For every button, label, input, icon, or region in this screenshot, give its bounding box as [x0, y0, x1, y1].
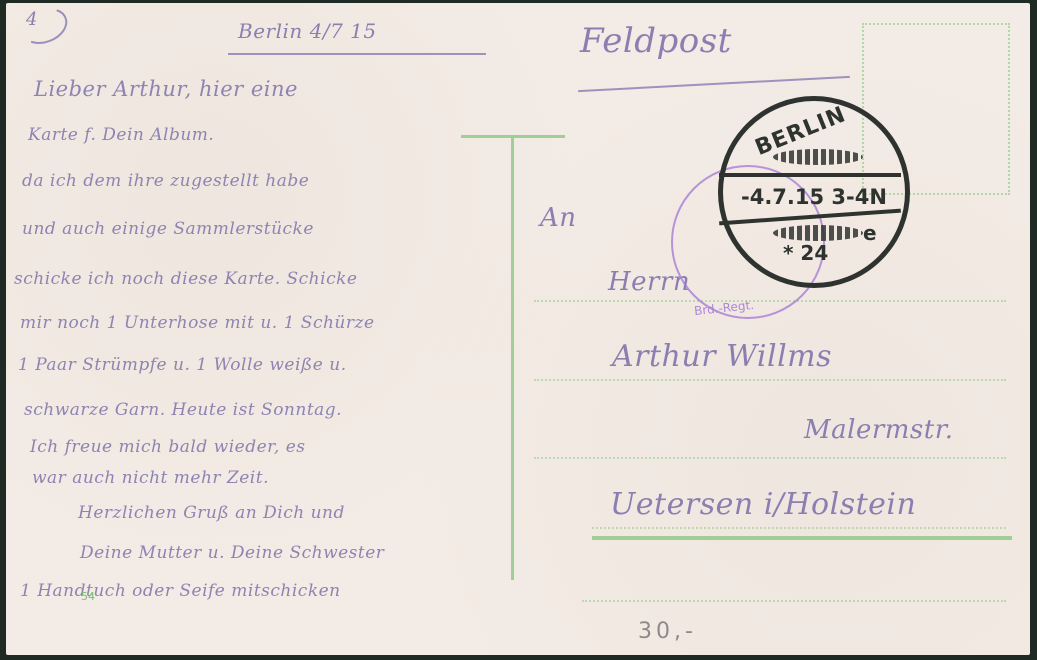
address-occupation: Malermstr.: [804, 415, 954, 445]
divider-vertical: [511, 137, 514, 580]
corner-number: 4: [26, 9, 37, 30]
message-line: schicke ich noch diese Karte. Schicke: [14, 269, 357, 289]
place-date-underline: [228, 53, 486, 55]
corner-circle-mark: [16, 2, 73, 50]
address-name: Arthur Willms: [612, 339, 832, 374]
message-line: da ich dem ihre zugestellt habe: [22, 171, 309, 191]
message-line: Herzlichen Gruß an Dich und: [78, 503, 345, 523]
message-line: Deine Mutter u. Deine Schwester: [80, 543, 384, 563]
postmark-upper-ornament: [773, 149, 863, 165]
message-line: und auch einige Sammlerstücke: [22, 219, 314, 239]
postmark: BERLIN -4.7.15 3-4N * 24 e: [718, 96, 910, 288]
postmark-letter: e: [863, 221, 877, 245]
message-line: schwarze Garn. Heute ist Sonntag.: [24, 400, 342, 420]
address-salutation: An: [540, 203, 577, 233]
address-city: Uetersen i/Holstein: [610, 487, 916, 522]
feldpost-underline: [578, 76, 850, 92]
city-line-solid: [592, 536, 1012, 540]
message-line: war auch nicht mehr Zeit.: [32, 468, 269, 488]
postcard-back: 4 Berlin 4/7 15 Lieber Arthur, hier eine…: [6, 3, 1030, 655]
postmark-lower-ornament: [773, 225, 863, 241]
postmark-upper-bar: [719, 173, 901, 177]
address-line: [592, 527, 1006, 529]
postmark-date: -4.7.15 3-4N: [741, 185, 887, 209]
place-date: Berlin 4/7 15: [238, 19, 377, 43]
postmark-district: * 24: [783, 241, 828, 265]
address-line: [534, 379, 1006, 381]
message-line: Karte f. Dein Album.: [28, 125, 214, 145]
message-line: Lieber Arthur, hier eine: [34, 77, 298, 101]
pencil-price-note: 30,-: [638, 619, 697, 644]
message-line: Ich freue mich bald wieder, es: [30, 437, 306, 457]
message-line: 1 Paar Strümpfe u. 1 Wolle weiße u.: [18, 355, 347, 375]
message-line: mir noch 1 Unterhose mit u. 1 Schürze: [20, 313, 375, 333]
address-line: [534, 457, 1006, 459]
message-line: 1 Handtuch oder Seife mitschicken: [20, 581, 341, 601]
address-line: [582, 600, 1006, 602]
feldpost-mark: Feldpost: [580, 21, 732, 61]
catalog-number: 54: [81, 590, 95, 603]
